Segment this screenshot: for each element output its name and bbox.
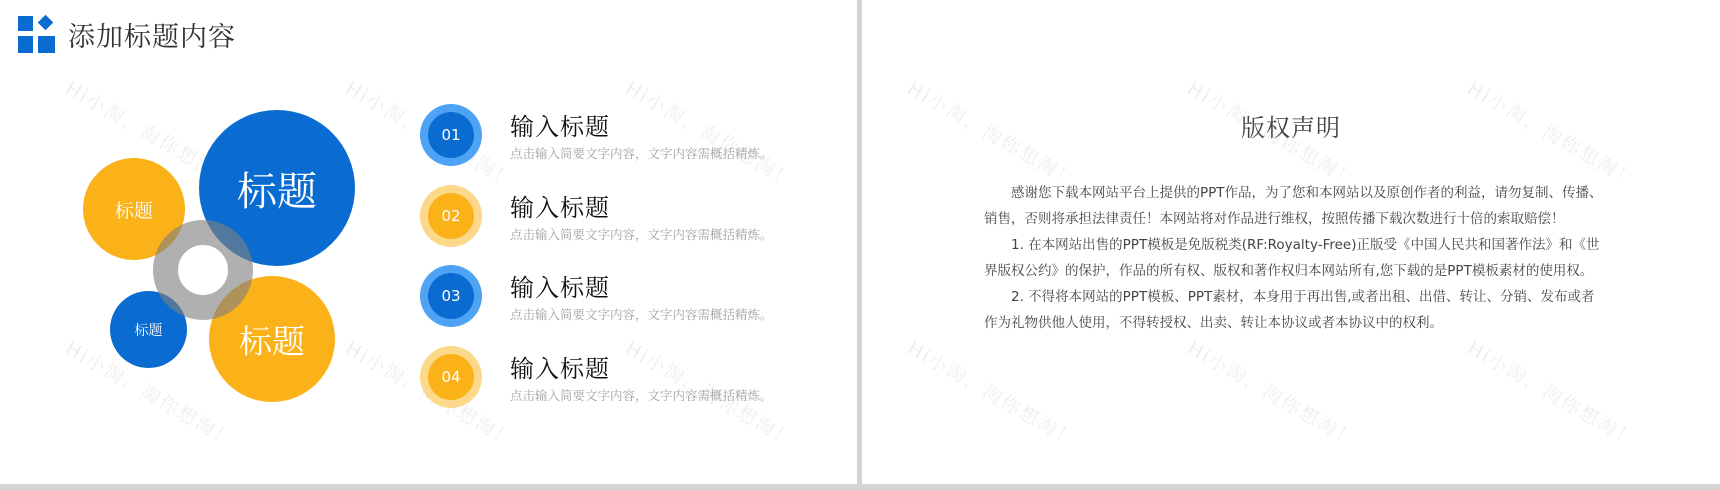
item-title: 输入标题 [510, 107, 610, 142]
copyright-title: 版权声明 [862, 108, 1720, 143]
page-title: 添加标题内容 [68, 15, 236, 54]
item-desc: 点击输入简要文字内容，文字内容需概括精炼。 [510, 305, 773, 323]
item-title: 输入标题 [510, 188, 610, 223]
watermark: Hi小淘，淘你想淘！ [1183, 334, 1362, 453]
item-desc: 点击输入简要文字内容，文字内容需概括精炼。 [510, 225, 773, 243]
slide-right[interactable]: Hi小淘，淘你想淘！ Hi小淘，淘你想淘！ Hi小淘，淘你想淘！ Hi小淘，淘你… [862, 0, 1720, 484]
badge-number: 01 [428, 112, 474, 158]
center-ring [153, 220, 253, 320]
list-item[interactable]: 01 输入标题 点击输入简要文字内容，文字内容需概括精炼。 [420, 104, 840, 174]
bottom-strip [0, 484, 1720, 490]
number-badge: 02 [420, 185, 482, 247]
number-badge: 01 [420, 104, 482, 166]
item-desc: 点击输入简要文字内容，文字内容需概括精炼。 [510, 144, 773, 162]
circle-label: 标题 [237, 160, 317, 217]
list-item[interactable]: 02 输入标题 点击输入简要文字内容，文字内容需概括精炼。 [420, 185, 840, 255]
list-item[interactable]: 04 输入标题 点击输入简要文字内容，文字内容需概括精炼。 [420, 346, 840, 416]
watermark: Hi小淘，淘你想淘！ [903, 334, 1082, 453]
item-title: 输入标题 [510, 349, 610, 384]
logo-icon [18, 16, 55, 53]
watermark: Hi小淘，淘你想淘！ [1463, 334, 1642, 453]
circle-label: 标题 [115, 196, 153, 223]
circle-label: 标题 [239, 316, 305, 363]
list-item[interactable]: 03 输入标题 点击输入简要文字内容，文字内容需概括精炼。 [420, 265, 840, 335]
item-title: 输入标题 [510, 268, 610, 303]
slide-left[interactable]: Hi小淘，淘你想淘！ Hi小淘，淘你想淘！ Hi小淘，淘你想淘！ Hi小淘，淘你… [0, 0, 857, 484]
badge-number: 04 [428, 354, 474, 400]
badge-number: 03 [428, 273, 474, 319]
item-desc: 点击输入简要文字内容，文字内容需概括精炼。 [510, 386, 773, 404]
copyright-paragraph: 1. 在本网站出售的PPT模板是免版税类(RF:Royalty-Free)正版受… [984, 232, 1604, 284]
badge-number: 02 [428, 193, 474, 239]
copyright-body: 感谢您下载本网站平台上提供的PPT作品，为了您和本网站以及原创作者的利益，请勿复… [984, 180, 1604, 336]
circle-label: 标题 [135, 320, 163, 340]
copyright-paragraph: 2. 不得将本网站的PPT模板、PPT素材，本身用于再出售,或者出租、出借、转让… [984, 284, 1604, 336]
number-badge: 04 [420, 346, 482, 408]
number-badge: 03 [420, 265, 482, 327]
copyright-paragraph: 感谢您下载本网站平台上提供的PPT作品，为了您和本网站以及原创作者的利益，请勿复… [984, 180, 1604, 232]
